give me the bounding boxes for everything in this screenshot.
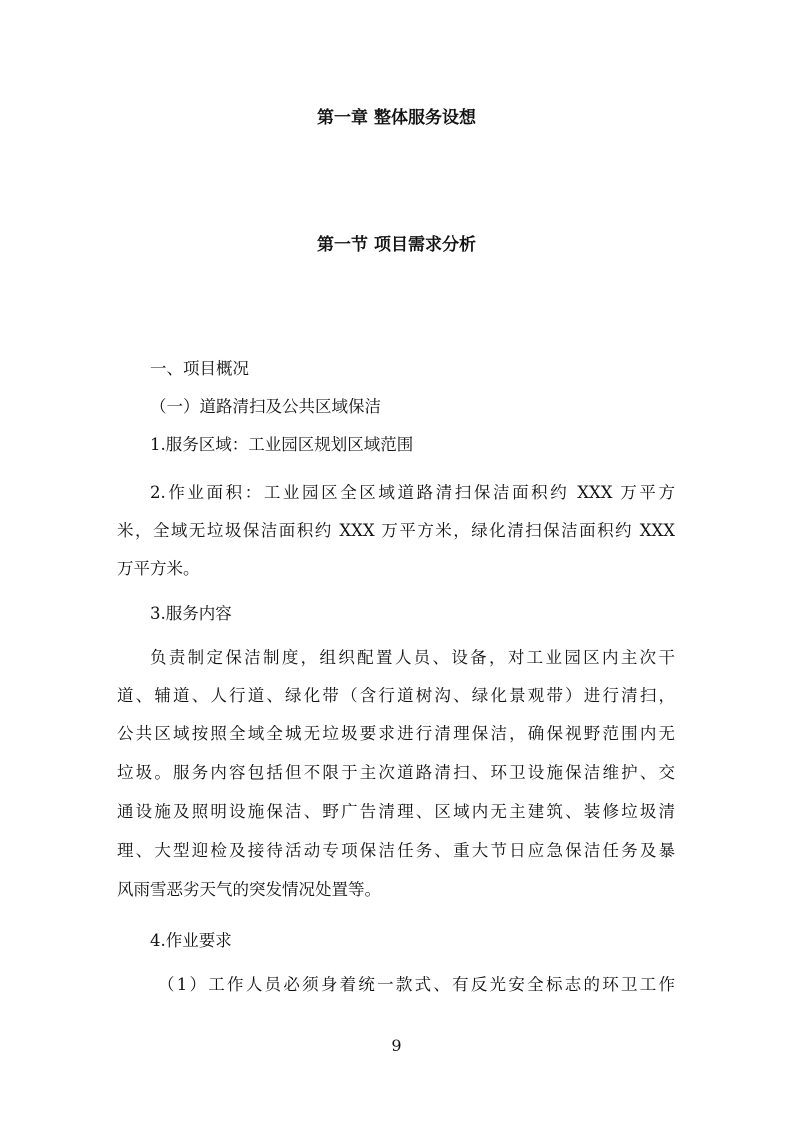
item-work-area-line3: 万平方米。 [117,559,200,579]
item-work-area-line2: 米，全域无垃圾保洁面积约 XXX 万平方米，绿化清扫保洁面积约 XXX [117,521,675,541]
item-service-area: 1.服务区域：工业园区规划区域范围 [150,435,413,455]
subheading-road-cleaning: （一）道路清扫及公共区域保洁 [150,397,381,417]
item-service-content: 3.服务内容 [150,604,232,624]
paragraph-line-5: 通设施及照明设施保洁、野广告清理、区域内无主建筑、装修垃圾清 [117,802,675,822]
section-title: 第一节 项目需求分析 [0,235,793,255]
paragraph-line-3: 公共区域按照全域全城无垃圾要求进行清理保洁，确保视野范围内无 [117,724,675,744]
page-number: 9 [0,1036,793,1055]
paragraph-line-1: 负责制定保洁制度，组织配置人员、设备，对工业园区内主次干 [150,648,675,668]
paragraph-line-2: 道、辅道、人行道、绿化带（含行道树沟、绿化景观带）进行清扫， [117,686,675,706]
paragraph-line-7: 风雨雪恶劣天气的突发情况处置等。 [117,880,381,900]
requirement-1-line1: （1）工作人员必须身着统一款式、有反光安全标志的环卫工作 [158,975,675,995]
chapter-title: 第一章 整体服务设想 [0,108,793,128]
heading-project-overview: 一、项目概况 [150,359,249,379]
item-work-requirements: 4.作业要求 [150,931,232,951]
paragraph-line-6: 理、大型迎检及接待活动专项保洁任务、重大节日应急保洁任务及暴 [117,841,675,861]
paragraph-line-4: 垃圾。服务内容包括但不限于主次道路清扫、环卫设施保洁维护、交 [117,763,675,783]
item-work-area-line1: 2.作业面积：工业园区全区域道路清扫保洁面积约 XXX 万平方 [150,483,675,503]
